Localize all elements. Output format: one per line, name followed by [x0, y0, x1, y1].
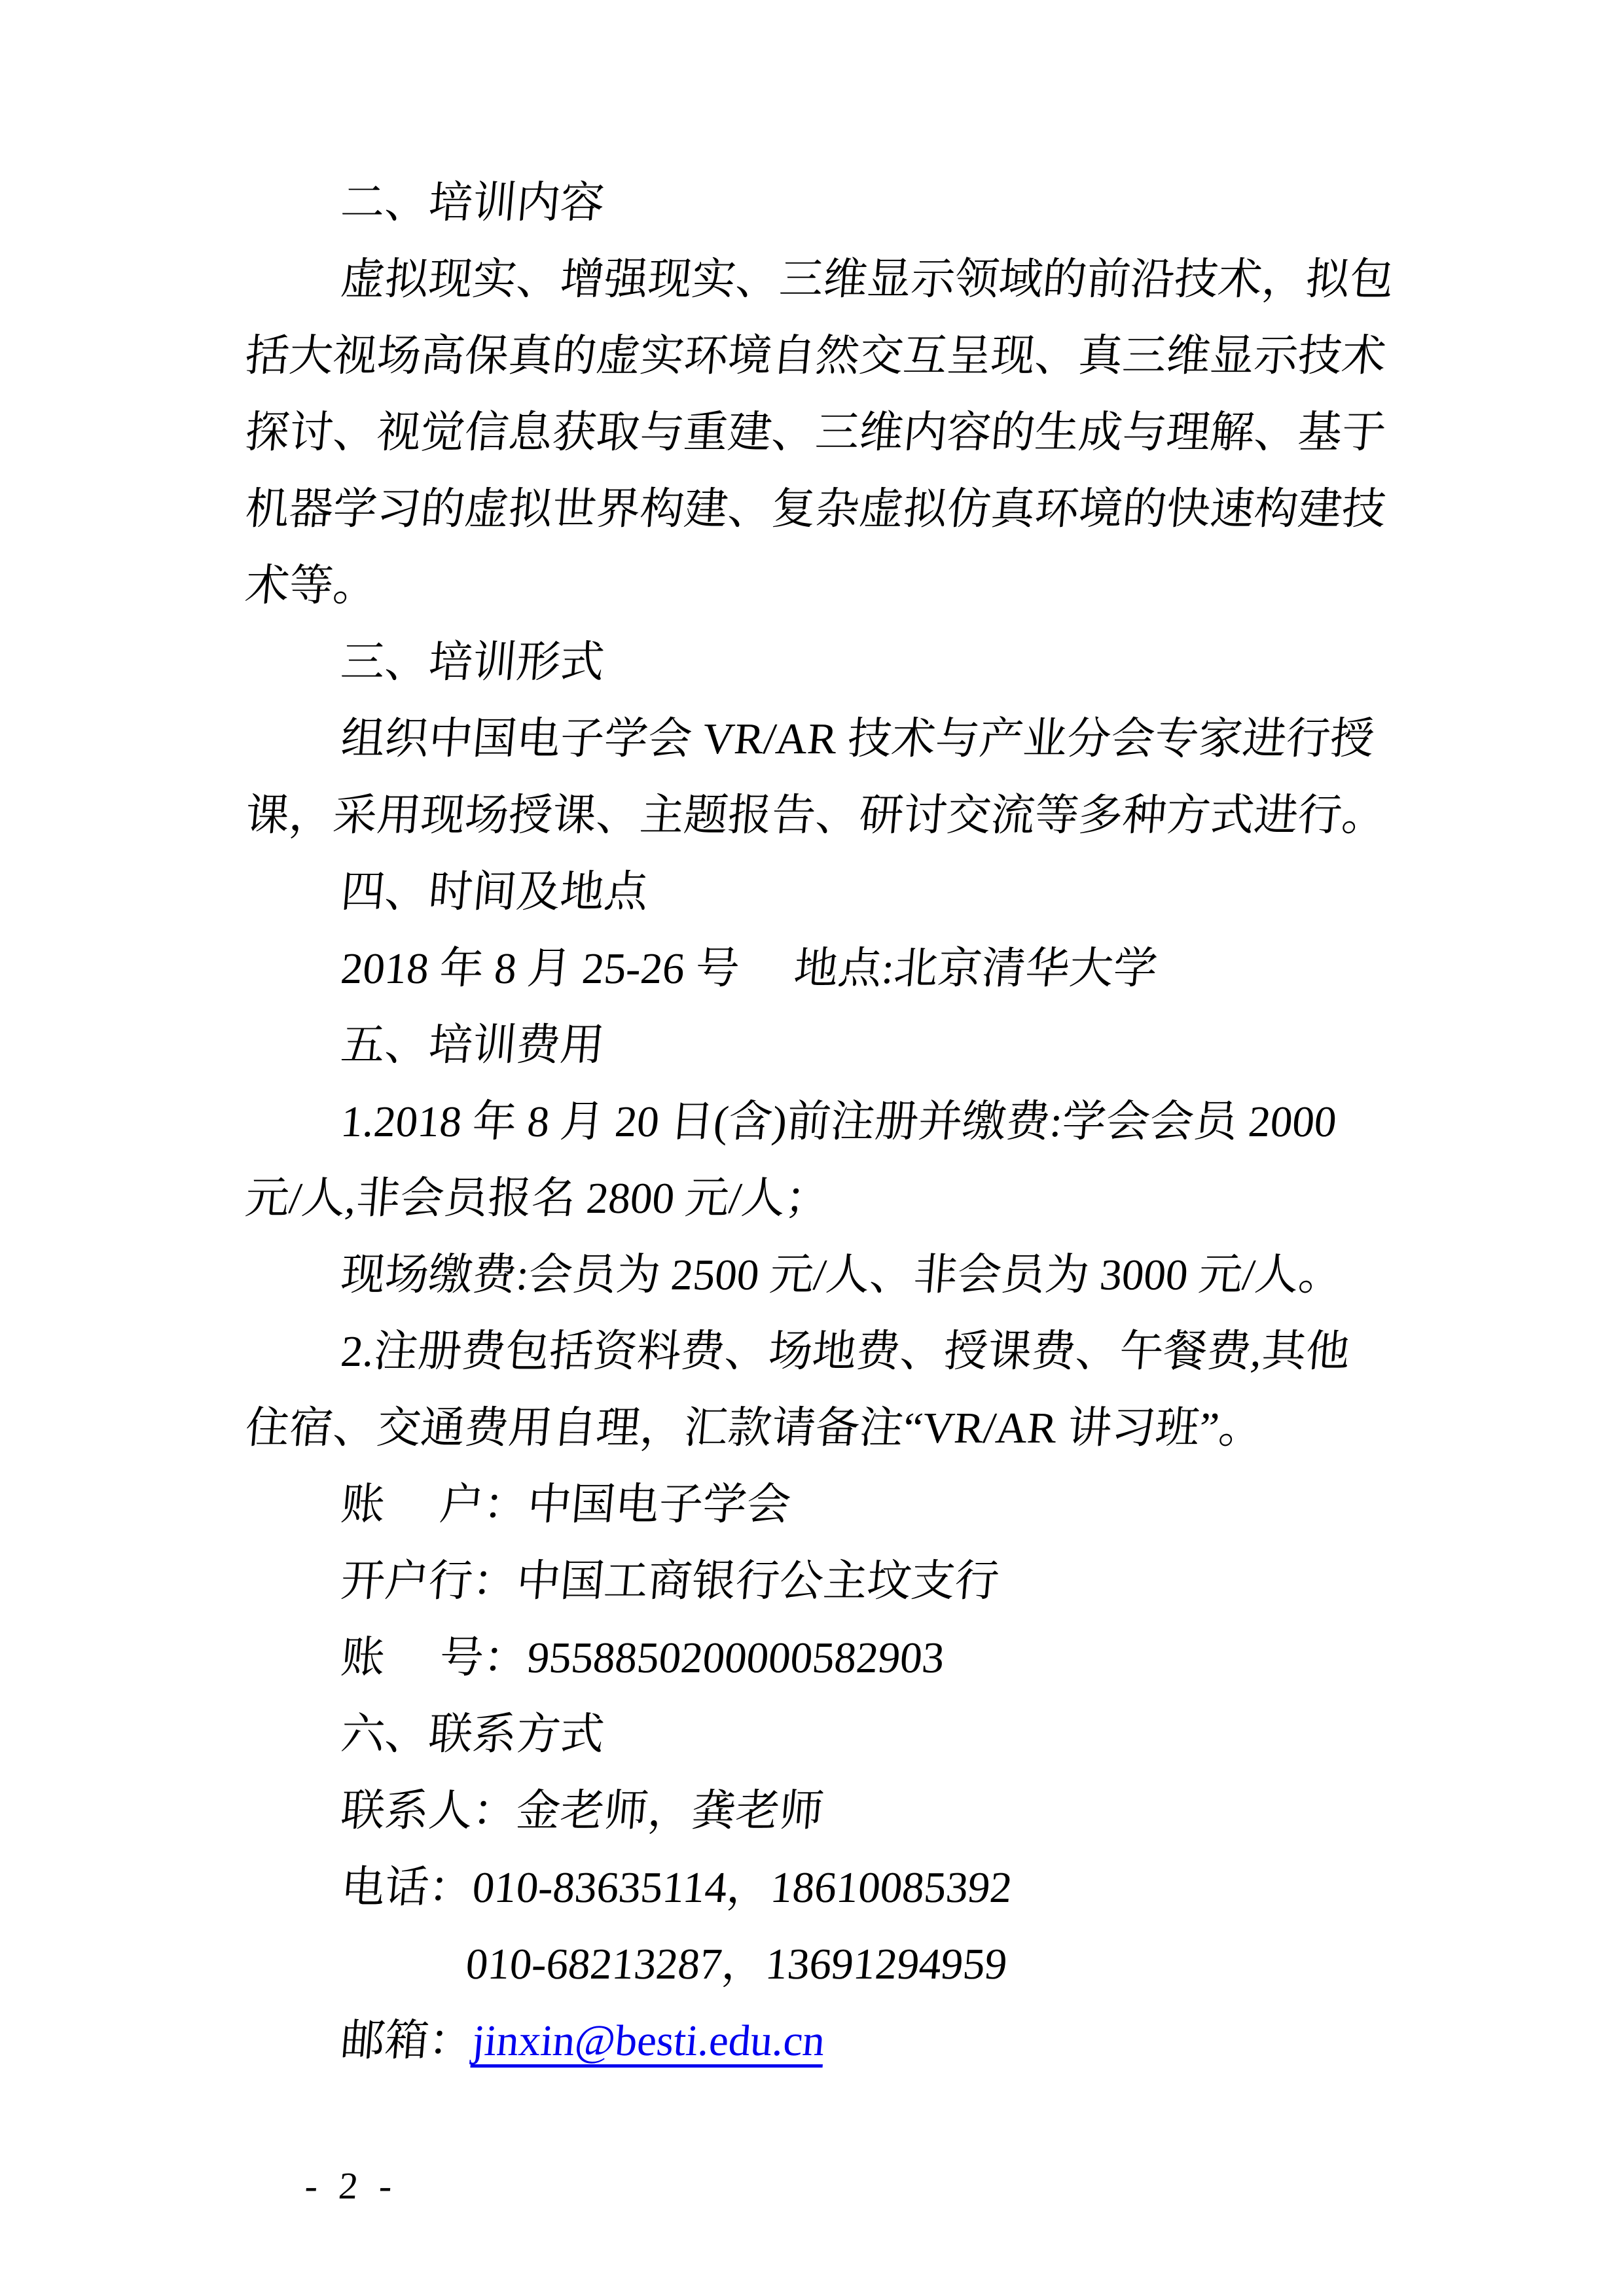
email-label: 邮箱： [339, 2017, 475, 2065]
paragraph-training-content-line-2: 括大视场高保真的虚实环境自然交互呈现、真三维显示技术 [242, 318, 1391, 395]
page-number: - 2 - [303, 2164, 399, 2207]
phone-line-2: 010-68213287，13691294959 [242, 1926, 1391, 2003]
email-line: 邮箱：jinxin@besti.edu.cn [242, 2003, 1391, 2079]
heading-section-3-training-format: 三、培训形式 [242, 624, 1391, 701]
document-page: 二、培训内容 虚拟现实、增强现实、三维显示领域的前沿技术，拟包 括大视场高保真的… [0, 0, 1624, 2296]
heading-section-5-training-fee: 五、培训费用 [242, 1007, 1391, 1084]
heading-section-6-contact: 六、联系方式 [242, 1696, 1391, 1773]
paragraph-training-format-line-1: 组织中国电子学会 VR/AR 技术与产业分会专家进行授 [242, 701, 1391, 778]
fee-onsite-payment-line: 现场缴费:会员为 2500 元/人、非会员为 3000 元/人。 [242, 1237, 1391, 1314]
contact-person-line: 联系人：金老师，龚老师 [242, 1773, 1391, 1850]
fee-item-1-line-2: 元/人,非会员报名 2800 元/人； [242, 1160, 1391, 1237]
bank-branch-line: 开户行：中国工商银行公主坟支行 [242, 1543, 1391, 1620]
phone-line-1: 电话：010-83635114，18610085392 [242, 1850, 1391, 1926]
paragraph-training-content-line-5: 术等。 [242, 548, 1391, 624]
heading-section-2-training-content: 二、培训内容 [242, 165, 1391, 242]
paragraph-training-content-line-4: 机器学习的虚拟世界构建、复杂虚拟仿真环境的快速构建技 [242, 471, 1391, 548]
paragraph-training-content-line-1: 虚拟现实、增强现实、三维显示领域的前沿技术，拟包 [242, 242, 1391, 318]
account-name-line: 账 户：中国电子学会 [242, 1467, 1391, 1543]
email-link[interactable]: jinxin@besti.edu.cn [471, 2017, 827, 2065]
paragraph-training-content-line-3: 探讨、视觉信息获取与重建、三维内容的生成与理解、基于 [242, 395, 1391, 471]
fee-item-2-line-2: 住宿、交通费用自理，汇款请备注“VR/AR 讲习班”。 [242, 1390, 1391, 1467]
heading-section-4-time-location: 四、时间及地点 [242, 854, 1391, 931]
time-location-line: 2018 年 8 月 25-26 号 地点:北京清华大学 [242, 931, 1391, 1007]
fee-item-1-line-1: 1.2018 年 8 月 20 日(含)前注册并缴费:学会会员 2000 [242, 1084, 1391, 1160]
document-body: 二、培训内容 虚拟现实、增强现实、三维显示领域的前沿技术，拟包 括大视场高保真的… [245, 165, 1388, 2079]
fee-item-2-line-1: 2.注册费包括资料费、场地费、授课费、午餐费,其他 [242, 1314, 1391, 1390]
paragraph-training-format-line-2: 课，采用现场授课、主题报告、研讨交流等多种方式进行。 [242, 778, 1391, 854]
page-footer: - 2 - [236, 2098, 405, 2274]
account-number-line: 账 号：9558850200000582903 [242, 1620, 1391, 1696]
